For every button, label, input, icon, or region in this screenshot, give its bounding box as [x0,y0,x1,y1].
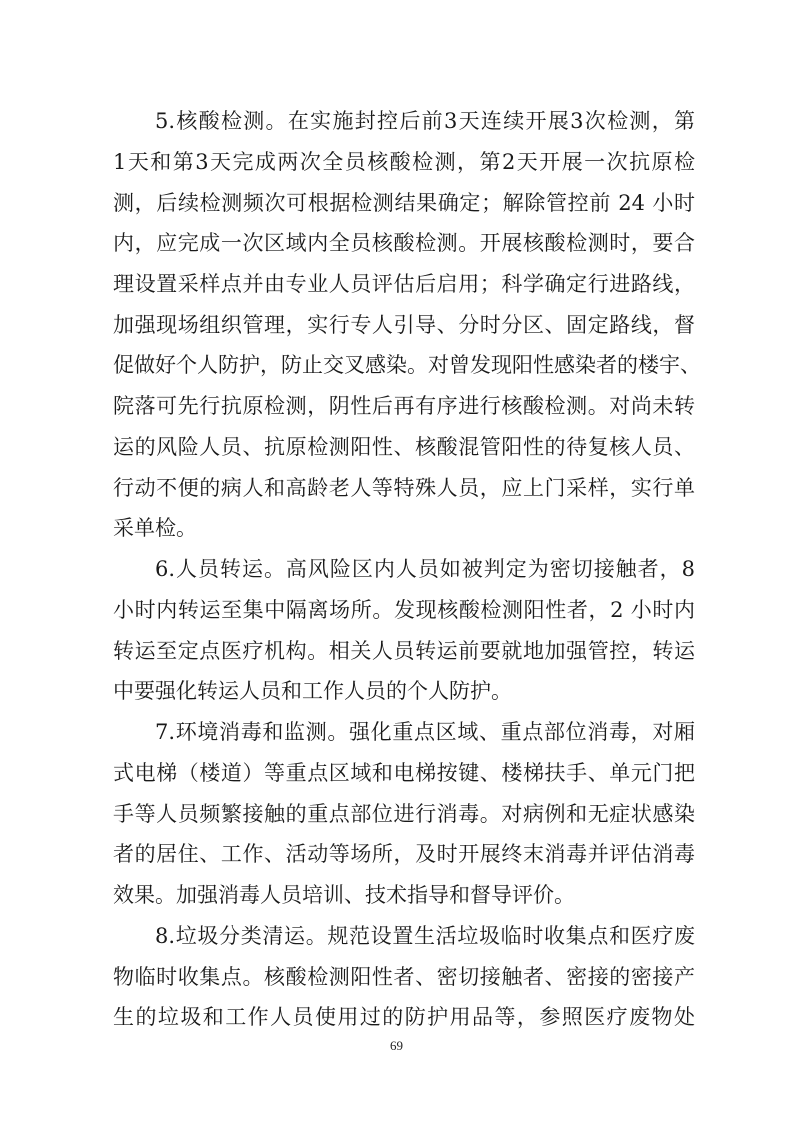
paragraph-7-line-5: 效果。加强消毒人员培训、技术指导和督导评价。 [113,879,695,911]
paragraph-5-line-9: 运的风险人员、抗原检测阳性、核酸混管阳性的待复核人员、 [113,431,695,463]
paragraph-8-line-3: 生的垃圾和工作人员使用过的防护用品等，参照医疗废物处 [113,1001,695,1033]
paragraph-7-line-2: 式电梯（楼道）等重点区域和电梯按键、楼梯扶手、单元门把 [113,757,695,789]
paragraph-5-line-10: 行动不便的病人和高龄老人等特殊人员，应上门采样，实行单 [113,472,695,504]
paragraph-8-line-2: 物临时收集点。核酸检测阳性者、密切接触者、密接的密接产 [113,961,695,993]
paragraph-5-line-11: 采单检。 [113,512,695,544]
paragraph-7-line-4: 者的居住、工作、活动等场所，及时开展终末消毒并评估消毒 [113,838,695,870]
paragraph-6-line-3: 转运至定点医疗机构。相关人员转运前要就地加强管控，转运 [113,635,695,667]
paragraph-6-line-1: 6.人员转运。高风险区内人员如被判定为密切接触者，8 [155,553,695,585]
paragraph-5-line-7: 促做好个人防护，防止交叉感染。对曾发现阳性感染者的楼宇、 [113,349,695,381]
paragraph-5-line-2: 1天和第3天完成两次全员核酸检测，第2天开展一次抗原检 [113,146,695,178]
paragraph-6-line-4: 中要强化转运人员和工作人员的个人防护。 [113,675,695,707]
paragraph-7-line-1: 7.环境消毒和监测。强化重点区域、重点部位消毒，对厢 [155,716,695,748]
paragraph-5-line-8: 院落可先行抗原检测，阴性后再有序进行核酸检测。对尚未转 [113,390,695,422]
paragraph-5-line-3: 测，后续检测频次可根据检测结果确定；解除管控前 24 小时 [113,187,695,219]
paragraph-5-line-6: 加强现场组织管理，实行专人引导、分时分区、固定路线，督 [113,309,695,341]
page-number: 69 [0,1038,793,1054]
paragraph-7-line-3: 手等人员频繁接触的重点部位进行消毒。对病例和无症状感染 [113,798,695,830]
paragraph-5-line-1: 5.核酸检测。在实施封控后前3天连续开展3次检测，第 [155,105,695,137]
document-page: 5.核酸检测。在实施封控后前3天连续开展3次检测，第 1天和第3天完成两次全员核… [0,0,793,1122]
paragraph-5-line-4: 内，应完成一次区域内全员核酸检测。开展核酸检测时，要合 [113,227,695,259]
paragraph-5-line-5: 理设置采样点并由专业人员评估后启用；科学确定行进路线， [113,268,695,300]
paragraph-8-line-1: 8.垃圾分类清运。规范设置生活垃圾临时收集点和医疗废 [155,920,695,952]
paragraph-6-line-2: 小时内转运至集中隔离场所。发现核酸检测阳性者，2 小时内 [113,594,695,626]
